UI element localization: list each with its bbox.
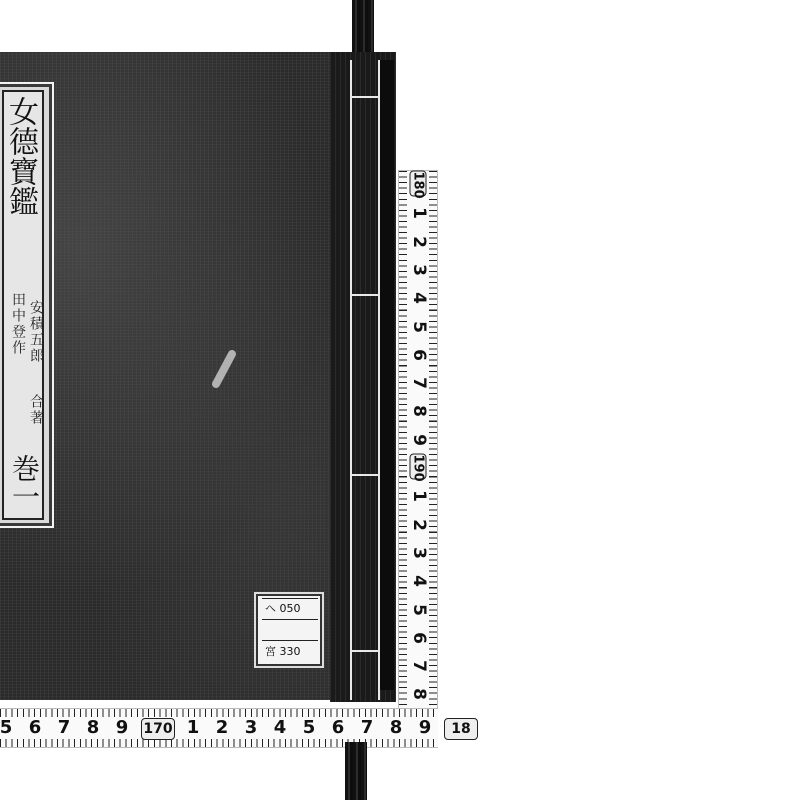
author-2: 田中登作 <box>10 292 26 356</box>
ruler-label: 8 <box>409 684 429 704</box>
ruler-label: 190 <box>410 454 427 480</box>
ruler-label: 170 <box>141 718 175 740</box>
author-block: 安積五郎 田中登作 合著 <box>8 292 46 472</box>
binding-stitch <box>350 650 380 652</box>
tie-cord-top <box>352 0 374 58</box>
ruler-label: 6 <box>409 628 429 648</box>
volume-number: 巻一 <box>6 454 42 510</box>
ruler-label: 3 <box>409 543 429 563</box>
ruler-label: 7 <box>357 718 377 738</box>
ruler-label: 6 <box>328 718 348 738</box>
ruler-label: 8 <box>386 718 406 738</box>
vertical-ruler: 18012345678919012345678 <box>398 170 438 720</box>
ruler-label: 7 <box>409 656 429 676</box>
horizontal-ruler: 5678917012345678918 <box>0 708 438 748</box>
ruler-label: 18 <box>444 718 478 740</box>
ruler-label: 4 <box>409 571 429 591</box>
author-1: 安積五郎 <box>28 300 44 364</box>
ruler-label: 2 <box>409 515 429 535</box>
binding-stitch <box>378 60 380 700</box>
ruler-label: 6 <box>25 718 45 738</box>
call-number-label: ヘ 050 宮 330 <box>254 592 324 668</box>
binding-stitch <box>350 60 352 700</box>
title-slip: 女德寶鑑 安積五郎 田中登作 合著 巻一 <box>0 82 54 528</box>
ruler-label: 1 <box>183 718 203 738</box>
call-number-row: 宮 330 <box>262 642 318 662</box>
binding-stitch <box>350 96 380 98</box>
ruler-label: 1 <box>409 486 429 506</box>
ruler-label: 5 <box>409 317 429 337</box>
ruler-label: 9 <box>409 430 429 450</box>
ruler-label: 4 <box>270 718 290 738</box>
ruler-ticks <box>0 709 438 717</box>
book-title: 女德寶鑑 <box>6 96 42 216</box>
title-slip-frame: 女德寶鑑 安積五郎 田中登作 合著 巻一 <box>2 90 44 520</box>
ruler-label: 5 <box>0 718 16 738</box>
ruler-label: 5 <box>409 600 429 620</box>
binding-stitch <box>350 294 380 296</box>
tie-cord-bottom <box>345 742 367 800</box>
authorship-note: 合著 <box>28 394 44 426</box>
call-number-row: ヘ 050 <box>262 598 318 620</box>
ruler-label: 6 <box>409 345 429 365</box>
ruler-label: 3 <box>409 260 429 280</box>
ruler-label: 7 <box>54 718 74 738</box>
ruler-label: 8 <box>409 401 429 421</box>
binding-stitch <box>350 474 380 476</box>
call-number-row <box>262 620 318 641</box>
ruler-label: 3 <box>241 718 261 738</box>
ruler-label: 2 <box>212 718 232 738</box>
ruler-label: 2 <box>409 232 429 252</box>
ruler-label: 8 <box>83 718 103 738</box>
ruler-label: 7 <box>409 373 429 393</box>
ruler-label: 1 <box>409 203 429 223</box>
ruler-label: 5 <box>299 718 319 738</box>
ruler-ticks <box>0 739 438 747</box>
ruler-label: 4 <box>409 288 429 308</box>
ruler-label: 9 <box>415 718 435 738</box>
ruler-label: 9 <box>112 718 132 738</box>
spine-edge <box>380 60 394 690</box>
ruler-label: 180 <box>410 171 427 197</box>
